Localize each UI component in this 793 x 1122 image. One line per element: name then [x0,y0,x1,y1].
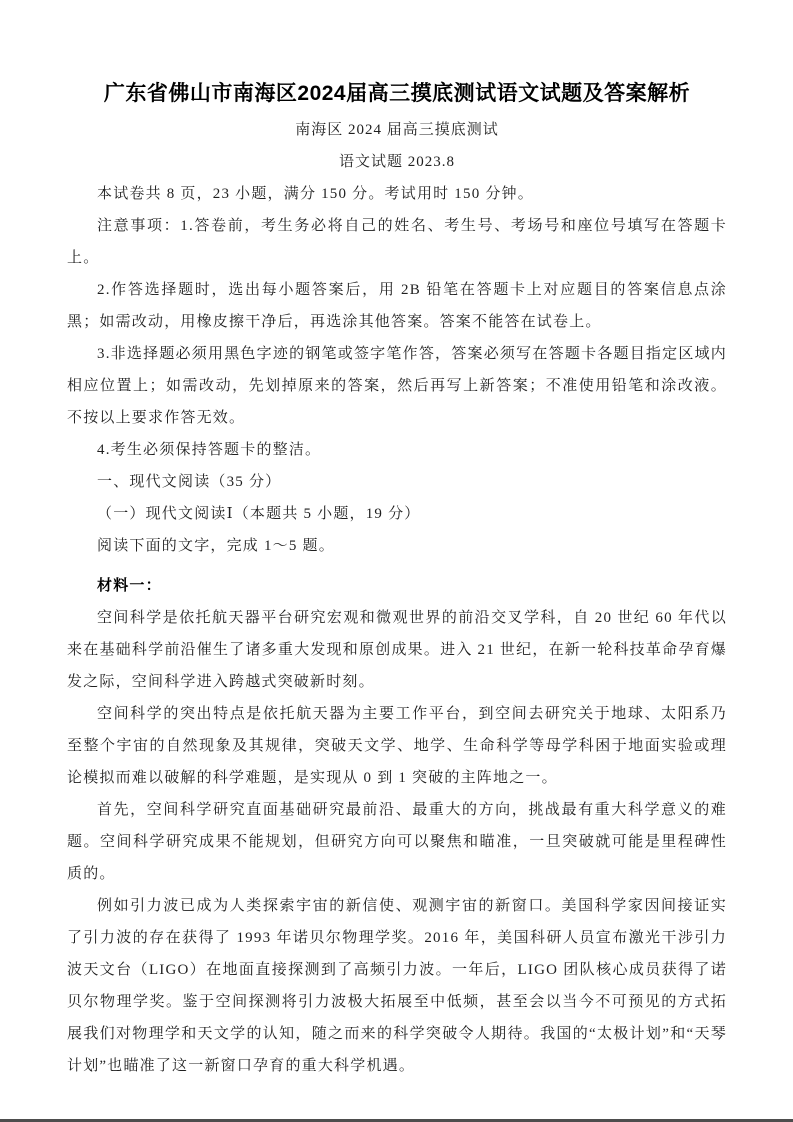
material-paragraph-4: 例如引力波已成为人类探索宇宙的新信使、观测宇宙的新窗口。美国科学家因间接证实了引… [67,890,727,1082]
doc-subtitle: 南海区 2024 届高三摸底测试 [67,114,727,146]
material-label: 材料一： [67,570,727,602]
material-paragraph-3: 首先，空间科学研究直面基础研究最前沿、最重大的方向，挑战最有重大科学意义的难题。… [67,794,727,890]
section-heading: 一、现代文阅读（35 分） [67,466,727,498]
doc-subject-line: 语文试题 2023.8 [67,146,727,178]
material-paragraph-1: 空间科学是依托航天器平台研究宏观和微观世界的前沿交叉学科，自 20 世纪 60 … [67,602,727,698]
reading-instruction: 阅读下面的文字，完成 1～5 题。 [67,530,727,562]
document-page: 广东省佛山市南海区2024届高三摸底测试语文试题及答案解析 南海区 2024 届… [0,0,793,1122]
exam-summary: 本试卷共 8 页，23 小题，满分 150 分。考试用时 150 分钟。 [67,178,727,210]
exam-note-4: 4.考生必须保持答题卡的整洁。 [67,434,727,466]
section-subheading: （一）现代文阅读Ⅰ（本题共 5 小题，19 分） [67,498,727,530]
exam-note-1: 注意事项：1.答卷前，考生务必将自己的姓名、考生号、考场号和座位号填写在答题卡上… [67,210,727,274]
exam-note-2: 2.作答选择题时，选出每小题答案后，用 2B 铅笔在答题卡上对应题目的答案信息点… [67,274,727,338]
material-paragraph-2: 空间科学的突出特点是依托航天器为主要工作平台，到空间去研究关于地球、太阳系乃至整… [67,698,727,794]
page-title: 广东省佛山市南海区2024届高三摸底测试语文试题及答案解析 [67,80,727,108]
exam-note-3: 3.非选择题必须用黑色字迹的钢笔或签字笔作答，答案必须写在答题卡各题目指定区域内… [67,338,727,434]
